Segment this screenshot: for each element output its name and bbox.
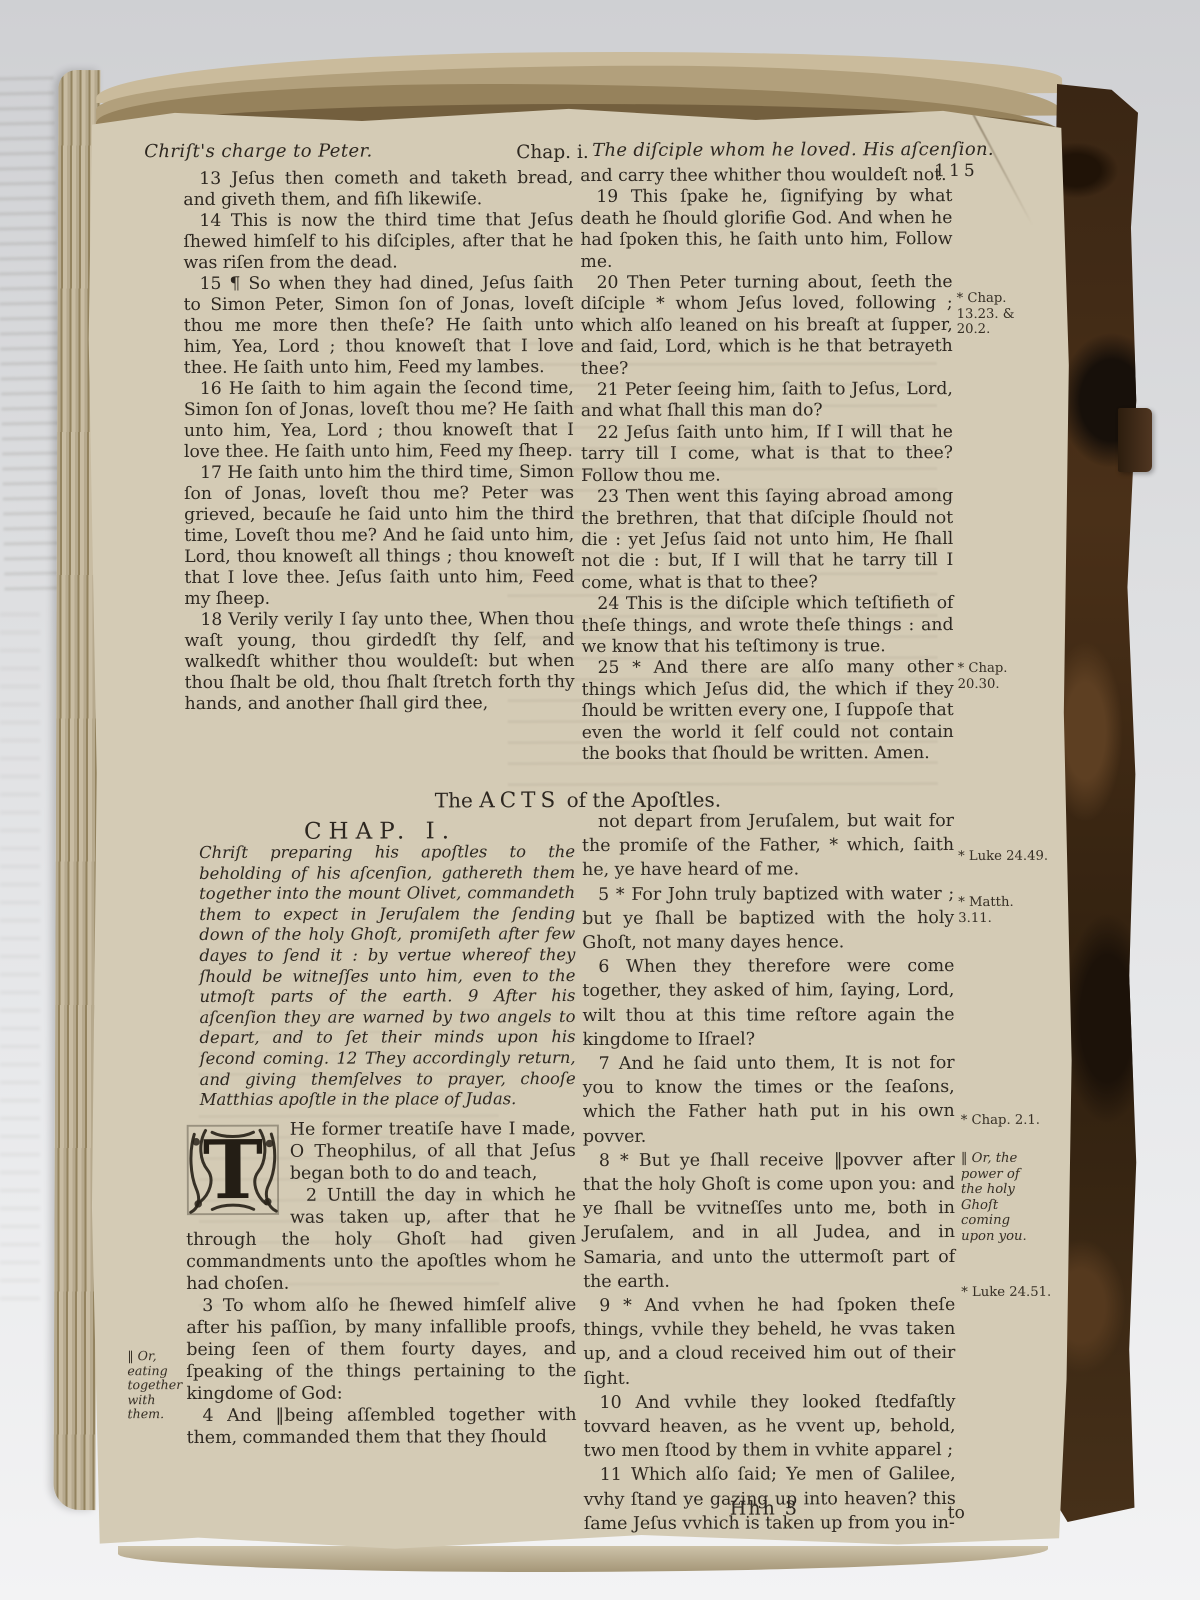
acts-right-column: not depart from Jeruſalem, but wait for … bbox=[582, 809, 956, 1536]
john21-right-verses: 19 This ſpake he, ſignifying by what dea… bbox=[580, 186, 954, 765]
margin-note-or-power: ‖ Or, the power of the holy Ghoſt coming… bbox=[961, 1151, 1039, 1244]
facing-page-ghost-text bbox=[0, 70, 63, 591]
carryover-line: and carry thee whither thou wouldeſt not… bbox=[580, 165, 952, 187]
book-page: Chriſt's charge to Peter. Chap. i. The d… bbox=[86, 105, 1075, 1556]
svg-text:T: T bbox=[203, 1123, 263, 1218]
margin-note-luke-24-51: * Luke 24.51. bbox=[961, 1285, 1053, 1301]
photo-of-antique-bible-page: { "palette":{"paper":"#d4cbb5","ink":"#2… bbox=[0, 0, 1200, 1600]
verse-paragraph: 24 This is the diſciple which teſtifieth… bbox=[581, 593, 953, 658]
margin-note-or-eating: ‖ Or, eating together with them. bbox=[127, 1349, 187, 1422]
bottom-page-edge bbox=[118, 1546, 1048, 1572]
verse-paragraph: 10 And vvhile they looked ſtedfaſtly tov… bbox=[583, 1390, 955, 1464]
verse-paragraph: 21 Peter ſeeing him, ſaith to Jeſus, Lor… bbox=[581, 379, 953, 423]
verse-paragraph: 23 Then went this ſaying abroad among th… bbox=[581, 486, 953, 594]
verse-paragraph: 7 And he ſaid unto them, It is not for y… bbox=[583, 1051, 955, 1149]
margin-note-chap-20-30: * Chap. 20.30. bbox=[958, 661, 1050, 692]
verse-paragraph: 22 Jeſus ſaith unto him, If I will that … bbox=[581, 422, 953, 487]
margin-note-chap-13-23: * Chap. 13.23. & 20.2. bbox=[957, 291, 1049, 338]
verse-paragraph: 18 Verily verily I ſay unto thee, When t… bbox=[184, 609, 574, 715]
running-title-right: The diſciple whom he loved. His aſcenſio… bbox=[592, 139, 994, 161]
acts-opening-paragraph: T He former treatiſe have I made, O Theo… bbox=[186, 1118, 576, 1185]
verse-paragraph: 4 And ‖being aſſembled together with the… bbox=[187, 1404, 577, 1449]
verse-paragraph: not depart from Jeruſalem, but wait for … bbox=[582, 809, 954, 883]
ornamental-initial-T-icon: T bbox=[186, 1122, 280, 1218]
chapter-label: Chap. i. bbox=[516, 142, 589, 163]
john21-right-column: and carry thee whither thou wouldeſt not… bbox=[580, 165, 954, 765]
verse-paragraph: 17 He ſaith unto him the third time, Sim… bbox=[184, 462, 574, 610]
verse-paragraph: 15 ¶ So when they had dined, Jeſus ſaith… bbox=[184, 273, 574, 379]
gathering-signature: Hhh 3 bbox=[730, 1497, 799, 1519]
acts-left-verses: 2 Untill the day in which he was taken u… bbox=[186, 1184, 577, 1449]
margin-note-matth-3-11: * Matth. 3.11. bbox=[958, 895, 1050, 926]
running-header: Chriſt's charge to Peter. Chap. i. The d… bbox=[126, 139, 1031, 141]
verse-paragraph: 6 When they therefore were come together… bbox=[582, 954, 954, 1052]
john21-left-column: 13 Jeſus then cometh and taketh bread, a… bbox=[183, 168, 574, 715]
verse-paragraph: 16 He ſaith to him again the ſecond time… bbox=[184, 378, 574, 463]
catchword: to bbox=[948, 1503, 965, 1523]
acts-left-column: CHAP. I. Chriſt preparing his apoſtles t… bbox=[185, 820, 577, 1449]
verse-paragraph: 14 This is now the third time that Jeſus… bbox=[183, 210, 573, 274]
verse-paragraph: 9 * And vvhen he had ſpoken theſe things… bbox=[583, 1293, 955, 1391]
chapter-argument: Chriſt preparing his apoſtles to the beh… bbox=[185, 842, 576, 1111]
verse-paragraph: 5 * For John truly baptized with water ;… bbox=[582, 882, 954, 956]
acts-verse-1: He former treatiſe have I made, O Theoph… bbox=[290, 1119, 576, 1184]
verse-paragraph: 25 * And there are alſo many other thing… bbox=[582, 657, 954, 765]
chapter-heading: CHAP. I. bbox=[185, 820, 575, 843]
acts-title-post: of the Apoſtles. bbox=[560, 788, 721, 812]
verse-paragraph: 3 To whom alſo he ſhewed himſelf alive a… bbox=[186, 1294, 576, 1405]
verse-paragraph: 8 * But ye ſhall receive ‖povver after t… bbox=[583, 1148, 955, 1294]
verse-paragraph: 20 Then Peter turning about, ſeeth the d… bbox=[581, 272, 953, 380]
margin-note-chap-2-1: * Chap. 2.1. bbox=[961, 1113, 1053, 1129]
acts-title-pre: The bbox=[435, 788, 479, 812]
acts-title-caps: ACTS bbox=[479, 788, 560, 813]
facing-page-ghost-text-lower bbox=[0, 600, 40, 1300]
margin-note-luke-24-49: * Luke 24.49. bbox=[958, 849, 1050, 865]
verse-paragraph: 19 This ſpake he, ſignifying by what dea… bbox=[580, 186, 952, 273]
verse-paragraph: 13 Jeſus then cometh and taketh bread, a… bbox=[183, 168, 573, 211]
running-title-left: Chriſt's charge to Peter. bbox=[144, 141, 372, 163]
binding-clasp-remnant bbox=[1118, 408, 1152, 472]
